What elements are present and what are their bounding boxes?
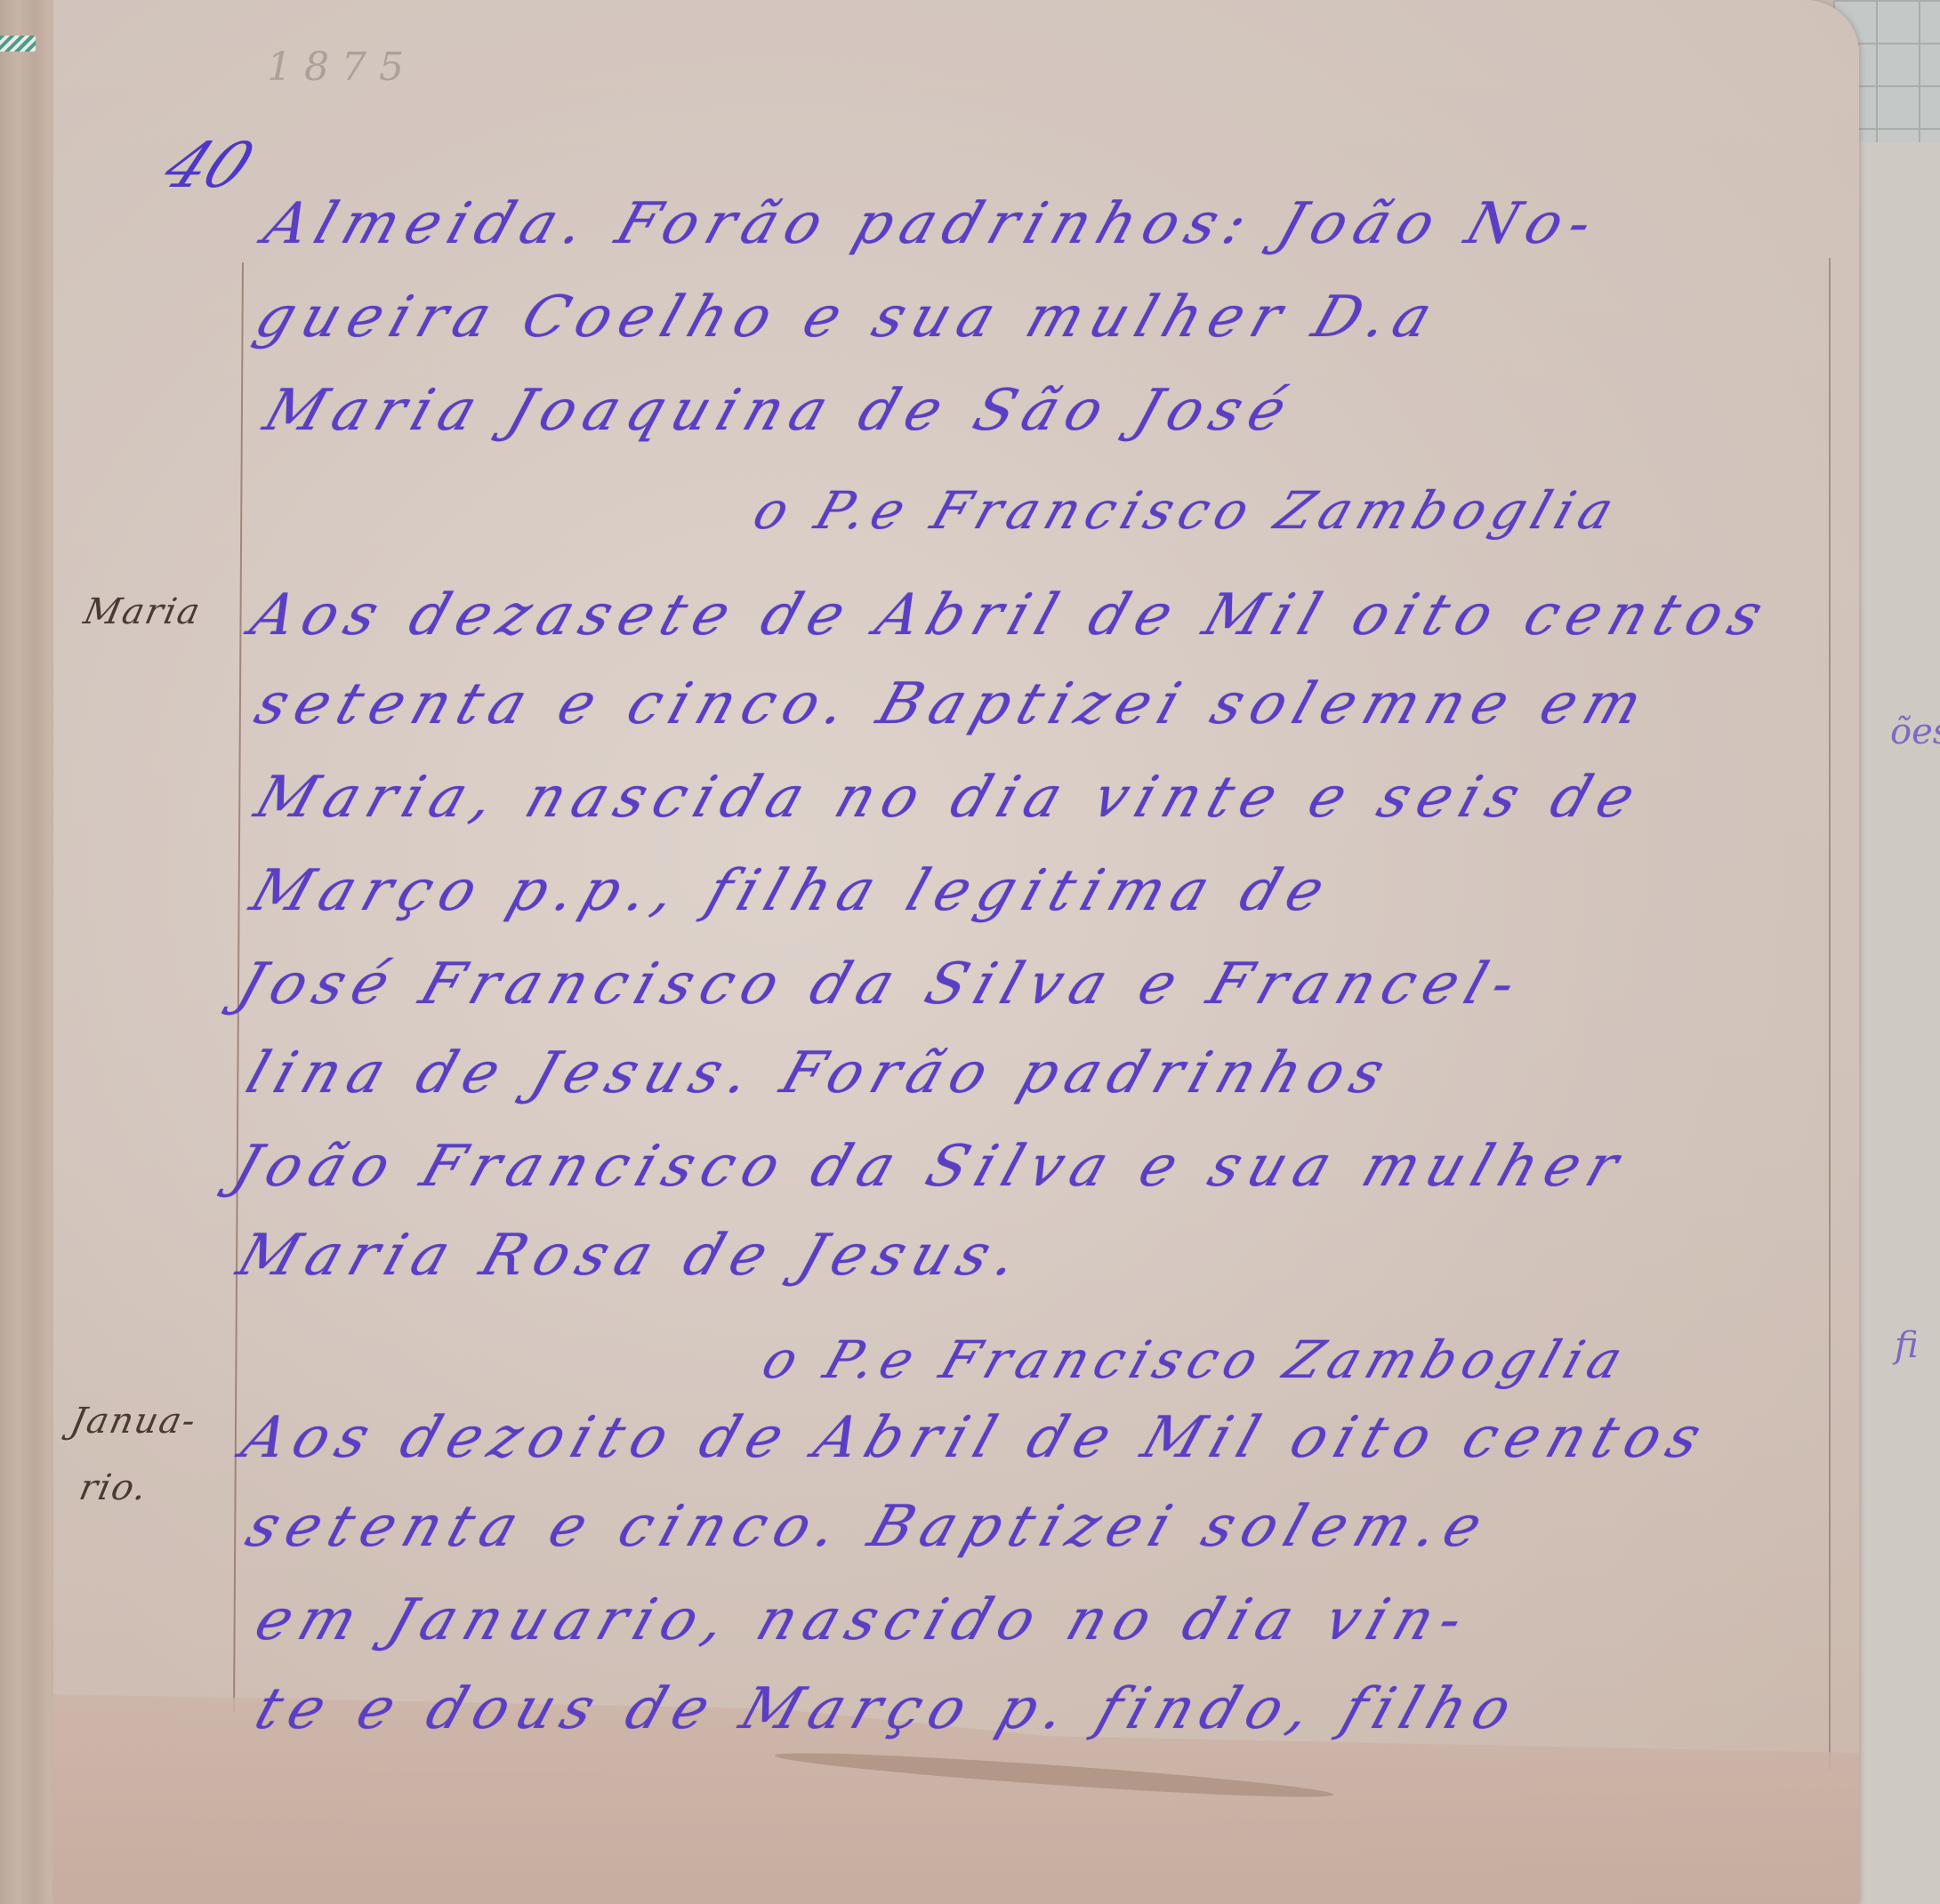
text-line: Março p.p., filha legitima de (243, 858, 1341, 924)
text-line: gueira Coelho e sua mulher D.a (247, 285, 1448, 350)
margin-rule-right (1829, 258, 1831, 1770)
text-line: Maria Rosa de Jesus. (229, 1223, 1034, 1289)
text-line: setenta e cinco. Baptizei solemne em (247, 671, 1659, 737)
margin-name: Janua- (67, 1401, 201, 1442)
signature: o P.e Francisco Zamboglia (755, 1330, 1637, 1390)
faded-header: 1875 (267, 44, 416, 90)
adjacent-page-fragment: ões (1890, 711, 1940, 752)
text-line: setenta e cinco. Baptizei solem.e (238, 1494, 1499, 1560)
adjacent-page-strip (1859, 142, 1940, 1904)
text-line: José Francisco da Silva e Francel- (229, 952, 1533, 1017)
text-line: te e dous de Março p. findo, filho (247, 1676, 1528, 1742)
text-line: Aos dezoito de Abril de Mil oito centos (234, 1405, 1718, 1471)
text-line: Maria, nascida no dia vinte e seis de (247, 765, 1652, 831)
text-line: Maria Joaquina de São José (256, 378, 1303, 444)
adjacent-page-fragment: fi (1895, 1325, 1919, 1366)
signature: o P.e Francisco Zamboglia (746, 480, 1628, 541)
margin-name: Maria (80, 591, 205, 632)
margin-name: rio. (76, 1467, 152, 1508)
text-line: em Januario, nascido no dia vin- (247, 1587, 1480, 1653)
tape-corner (0, 36, 36, 52)
text-line: lina de Jesus. Forão padrinhos (238, 1040, 1401, 1106)
text-line: Almeida. Forão padrinhos: João No- (256, 191, 1609, 257)
text-line: João Francisco da Silva e sua mulher (225, 1134, 1635, 1200)
text-line: Aos dezasete de Abril de Mil oito centos (243, 582, 1779, 648)
